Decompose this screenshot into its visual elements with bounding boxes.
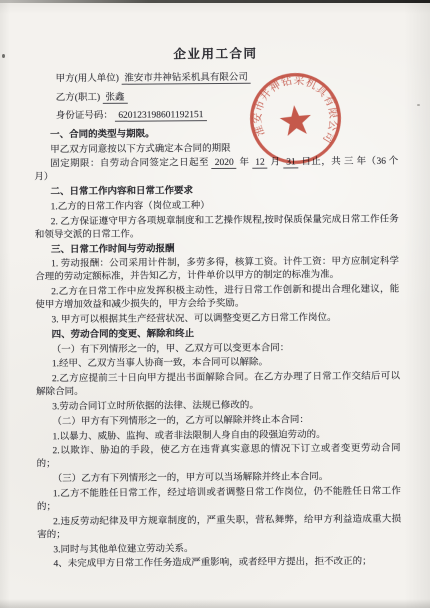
contract-paragraph: 3. 甲方可以根据其生产经营状况、可以调整变更乙方日常工作岗位。: [35, 312, 399, 328]
contract-paragraph: 2.以欺诈、胁迫的手段，使乙方在违背真实意思的情况下订立或者变更劳动合同的；: [36, 443, 400, 472]
contract-body: 企业用工合同 甲方(用人单位) 淮安市井神钻采机具有限公司 乙方(职工) 张鑫 …: [0, 0, 430, 574]
contract-paragraph: 二、日常工作内容和日常工作要求: [34, 184, 398, 200]
page-title: 企业用工合同: [33, 45, 397, 64]
contract-paragraph: （三）乙方有下列情形之一的，甲方可以当场解除并终止本合同。: [37, 471, 401, 487]
contract-paragraph: 4、未完成甲方日常工作任务造成严重影响，或者经甲方提出，拒不改正的；: [37, 556, 401, 572]
contract-paragraph: 2.违反劳动纪律及甲方规章制度的，严重失职，营私舞弊，给甲方利益造成重大损害的；: [37, 513, 401, 542]
contract-paragraph: （一）有下列情形之一的，甲、乙双方可以变更本合同：: [36, 341, 400, 357]
contract-paragraph: 3.同时与其他单位建立劳动关系。: [37, 541, 401, 557]
term-prefix: 固定期限：自劳动合同签定之日起至: [50, 158, 211, 169]
contract-paragraph: 2.乙方在日常工作中应发挥积极主动性，进行日常工作创新和提出合理化建议，能使甲方…: [35, 284, 399, 313]
company-seal-icon: 淮安市井神钻采机具有限公司: [241, 64, 350, 173]
party-label: 身份证号码：: [56, 111, 113, 121]
contract-paragraph: 3.劳动合同订立时所依据的法律、法规已修改的。: [36, 398, 400, 414]
contract-paragraph: 2.乙方应提前三十日向甲方提出书面解除合同。在乙方办理了日常工作交结后可以解除合…: [36, 371, 400, 400]
contract-paragraph: 四、劳动合同的变更、解除和终止: [36, 326, 400, 342]
contract-paragraph: 1.乙方不能胜任日常工作，经过培训或者调整日常工作岗位，仍不能胜任日常工作的；: [37, 485, 401, 514]
party-value: 张鑫: [102, 92, 127, 103]
scan-top-edge: [0, 0, 430, 3]
contract-paragraph: 1.经甲、乙双方当事人协商一致，本合同可以解除。: [36, 356, 400, 372]
contract-paragraph: 三、日常工作时间与劳动报酬: [35, 241, 399, 257]
party-value: 淮安市井神钻采机具有限公司: [121, 73, 251, 85]
scan-speck: [2, 54, 5, 58]
scan-speck: [417, 104, 420, 106]
contract-paragraph: 1. 劳动报酬：公司采用计件制，多劳多得，核算工资。计件工资：甲方应制定科学合理…: [35, 256, 399, 285]
contract-paragraph: （二）甲方有下列情形之一的，乙方可以解除并终止本合同：: [36, 413, 400, 429]
contract-paragraph: 1.乙方的日常工作内容（岗位或工种）: [35, 199, 399, 215]
contract-paragraph: 1.以暴力、威胁、监拘、或者非法限制人身自由的段强迫劳动的。: [36, 428, 400, 444]
party-label: 乙方(职工): [56, 92, 100, 102]
contract-paragraph: 2. 乙方保证遵守甲方各项规章制度和工艺操作规程,按时保质保量完成日常工作任务和…: [35, 213, 399, 242]
party-value: 620123198601192151: [115, 110, 206, 122]
party-label: 甲方(用人单位): [56, 74, 119, 84]
seal-star-icon: [279, 104, 313, 137]
scanned-contract-page: 企业用工合同 甲方(用人单位) 淮安市井神钻采机具有限公司 乙方(职工) 张鑫 …: [0, 0, 430, 608]
contract-paragraphs: 二、日常工作内容和日常工作要求 1.乙方的日常工作内容（岗位或工种） 2. 乙方…: [34, 184, 401, 572]
term-year: 2020: [212, 158, 237, 169]
